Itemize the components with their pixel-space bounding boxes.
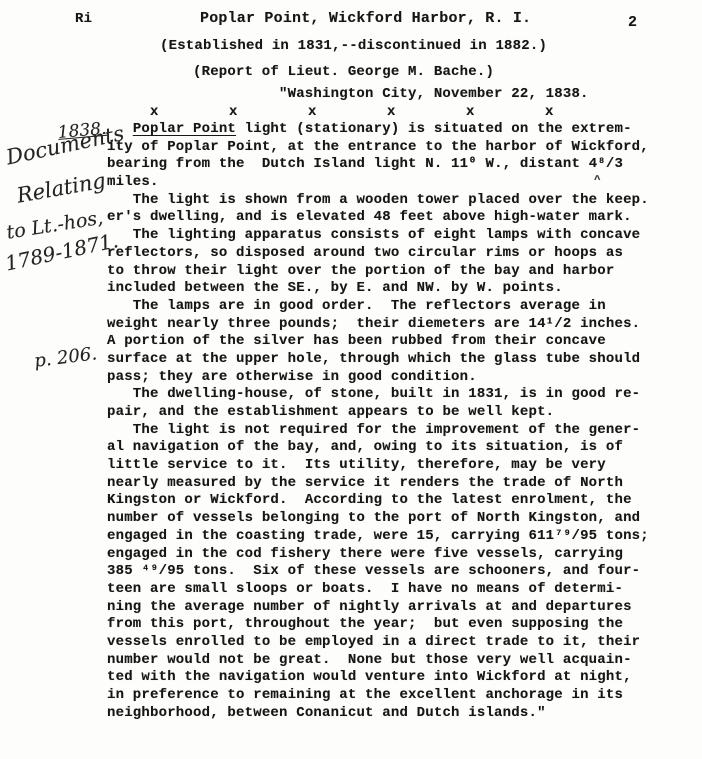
body-line: to throw their light over the portion of… (107, 263, 667, 281)
body-text: Poplar Point light (stationary) is situa… (107, 121, 667, 722)
body-line: pass; they are otherwise in good conditi… (107, 369, 667, 387)
body-line: from this port, throughout the year; but… (107, 616, 667, 634)
body-line: ted with the navigation would venture in… (107, 669, 667, 687)
body-line: teen are small sloops or boats. I have n… (107, 581, 667, 599)
body-line: The light is shown from a wooden tower p… (107, 192, 667, 210)
body-line: number would not be great. None but thos… (107, 652, 667, 670)
body-line: miles. (107, 174, 667, 192)
body-line: little service to it. Its utility, there… (107, 457, 667, 475)
body-line: A portion of the silver has been rubbed … (107, 333, 667, 351)
body-line: The lamps are in good order. The reflect… (107, 298, 667, 316)
body-line: 385 ⁴⁹/95 tons. Six of these vessels are… (107, 563, 667, 581)
section-separator: x x x x x x (0, 104, 702, 120)
separator-x: x (387, 104, 396, 120)
margin-note-page-ref: p. 206. (33, 343, 98, 372)
body-line: engaged in the coasting trade, were 15, … (107, 528, 667, 546)
body-line: number of vessels belonging to the port … (107, 510, 667, 528)
body-line: neighborhood, between Conanicut and Dutc… (107, 705, 667, 723)
body-line: er's dwelling, and is elevated 48 feet a… (107, 209, 667, 227)
body-line: vessels enrolled to be employed in a dir… (107, 634, 667, 652)
body-line: in preference to remaining at the excell… (107, 687, 667, 705)
body-line: The light is not required for the improv… (107, 422, 667, 440)
body-line: Poplar Point light (stationary) is situa… (107, 121, 667, 139)
body-line: nearly measured by the service it render… (107, 475, 667, 493)
scanned-document-page: Ri Poplar Point, Wickford Harbor, R. I. … (0, 0, 702, 759)
body-line: reflectors, so disposed around two circu… (107, 245, 667, 263)
separator-x: x (466, 104, 475, 120)
separator-x: x (150, 104, 159, 120)
margin-note-relating: Relating (15, 168, 107, 207)
body-line: ity of Poplar Point, at the entrance to … (107, 139, 667, 157)
body-line: weight nearly three pounds; their diemet… (107, 316, 667, 334)
separator-x: x (308, 104, 317, 120)
dateline: "Washington City, November 22, 1838. (279, 86, 589, 102)
body-line: al navigation of the bay, and, owing to … (107, 439, 667, 457)
body-line: The dwelling-house, of stone, built in 1… (107, 386, 667, 404)
separator-x: x (545, 104, 554, 120)
body-line: Kingston or Wickford. According to the l… (107, 492, 667, 510)
collection-mark: Ri (75, 11, 92, 27)
body-line: The lighting apparatus consists of eight… (107, 227, 667, 245)
body-line: surface at the upper hole, through which… (107, 351, 667, 369)
body-line: engaged in the cod fishery there were fi… (107, 546, 667, 564)
body-line: ning the average number of nightly arriv… (107, 599, 667, 617)
body-line: bearing from the Dutch Island light N. 1… (107, 156, 667, 174)
report-attribution-line: (Report of Lieut. George M. Bache.) (193, 64, 494, 80)
page-number: 2 (628, 14, 637, 31)
body-line: pair, and the establishment appears to b… (107, 404, 667, 422)
separator-x: x (229, 104, 238, 120)
body-line: included between the SE., by E. and NW. … (107, 280, 667, 298)
page-title: Poplar Point, Wickford Harbor, R. I. (200, 10, 531, 27)
established-line: (Established in 1831,--discontinued in 1… (160, 38, 547, 54)
